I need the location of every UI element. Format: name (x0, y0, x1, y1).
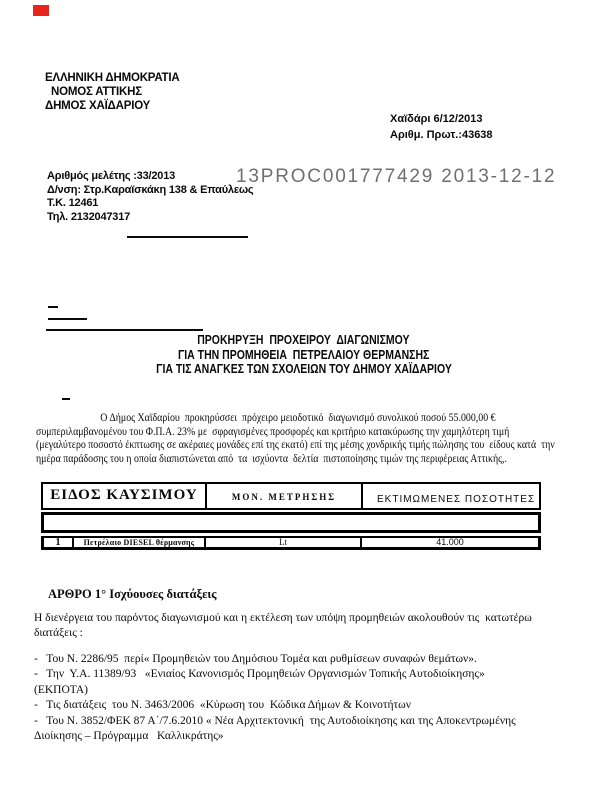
divider-line (127, 236, 248, 238)
city-date: Χαϊδάρι 6/12/2013 (390, 112, 493, 128)
table-header-row: ΕΙΔΟΣ ΚΑΥΣΙΜΟΥ ΜΟΝ. ΜΕΤΡΗΣΗΣ ΕΚΤΙΜΩΜΕΝΕΣ… (41, 482, 541, 510)
table-empty-band (41, 512, 541, 533)
title-line-1: ΠΡΟΚΗΡΥΞΗ ΠΡΟΧΕΙΡΟΥ ΔΙΑΓΩΝΙΣΜΟΥ (197, 333, 409, 348)
header-republic: ΕΛΛΗΝΙΚΗ ΔΗΜΟΚΡΑΤΙΑ (45, 71, 180, 85)
address-line: Δ/νση: Στρ.Καραϊσκάκη 138 & Επαύλεως (47, 184, 253, 198)
phone-line: Τηλ. 2132047317 (47, 211, 253, 225)
postal-code: Τ.Κ. 12461 (47, 197, 253, 211)
header-prefecture: ΝΟΜΟΣ ΑΤΤΙΚΗΣ (51, 85, 180, 99)
protocol-number: Αριθμ. Πρωτ.:43638 (390, 128, 493, 144)
col-header-fuel-type: ΕΙΔΟΣ ΚΑΥΣΙΜΟΥ (43, 484, 207, 508)
kimdis-registry-stamp: 13PROC001777429 2013-12-12 (236, 166, 556, 188)
underline-short (48, 318, 87, 320)
header-municipality: ΔΗΜΟΣ ΧΑΪΔΑΡΙΟΥ (45, 99, 180, 113)
title-line-3: ΓΙΑ ΤΙΣ ΑΝΑΓΚΕΣ ΤΩΝ ΣΧΟΛΕΙΩΝ ΤΟΥ ΔΗΜΟΥ Χ… (156, 362, 452, 377)
government-header: ΕΛΛΗΝΙΚΗ ΔΗΜΟΚΡΑΤΙΑ ΝΟΜΟΣ ΑΤΤΙΚΗΣ ΔΗΜΟΣ … (45, 71, 180, 113)
red-stamp-mark (33, 5, 49, 16)
document-title: ΠΡΟΚΗΡΥΞΗ ΠΡΟΧΕΙΡΟΥ ΔΙΑΓΩΝΙΣΜΟΥ ΓΙΑ ΤΗΝ … (0, 333, 607, 377)
cell-unit: Lt (206, 538, 362, 547)
study-details: Αριθμός μελέτης :33/2013 Δ/νση: Στρ.Καρα… (47, 170, 253, 224)
document-page: ΕΛΛΗΝΙΚΗ ΔΗΜΟΚΡΑΤΙΑ ΝΟΜΟΣ ΑΤΤΙΚΗΣ ΔΗΜΟΣ … (0, 0, 607, 808)
col-header-unit: ΜΟΝ. ΜΕΤΡΗΣΗΣ (207, 484, 363, 508)
article-1-intro: Η διενέργεια του παρόντος διαγωνισμού κα… (34, 611, 607, 641)
cell-fuel-type: Πετρέλαιο DIESEL θέρμανσης (74, 538, 206, 547)
dash-mark-small (62, 398, 70, 400)
legal-provisions-list: - Του Ν. 2286/95 περί« Προμηθειών του Δη… (34, 652, 516, 744)
study-number: Αριθμός μελέτης :33/2013 (47, 170, 253, 184)
fuel-quantities-table: ΕΙΔΟΣ ΚΑΥΣΙΜΟΥ ΜΟΝ. ΜΕΤΡΗΣΗΣ ΕΚΤΙΜΩΜΕΝΕΣ… (41, 482, 541, 550)
underline-long (46, 329, 203, 331)
cell-quantity: 41.000 (362, 538, 538, 547)
col-header-quantity: ΕΚΤΙΜΩΜΕΝΕΣ ΠΟΣΟΤΗΤΕΣ (363, 484, 539, 508)
protocol-block: Χαϊδάρι 6/12/2013 Αριθμ. Πρωτ.:43638 (390, 112, 493, 143)
article-1-heading: ΑΡΘΡΟ 1° Ισχύουσες διατάξεις (48, 587, 217, 602)
intro-paragraph: Ο Δήμος Χαϊδαρίου προκηρύσσει πρόχειρο μ… (36, 412, 555, 466)
table-row: 1 Πετρέλαιο DIESEL θέρμανσης Lt 41.000 (41, 536, 541, 550)
title-line-2: ΓΙΑ ΤΗΝ ΠΡΟΜΗΘΕΙΑ ΠΕΤΡΕΛΑΙΟΥ ΘΕΡΜΑΝΣΗΣ (178, 348, 429, 363)
dash-mark (48, 306, 58, 308)
cell-row-number: 1 (44, 538, 74, 547)
